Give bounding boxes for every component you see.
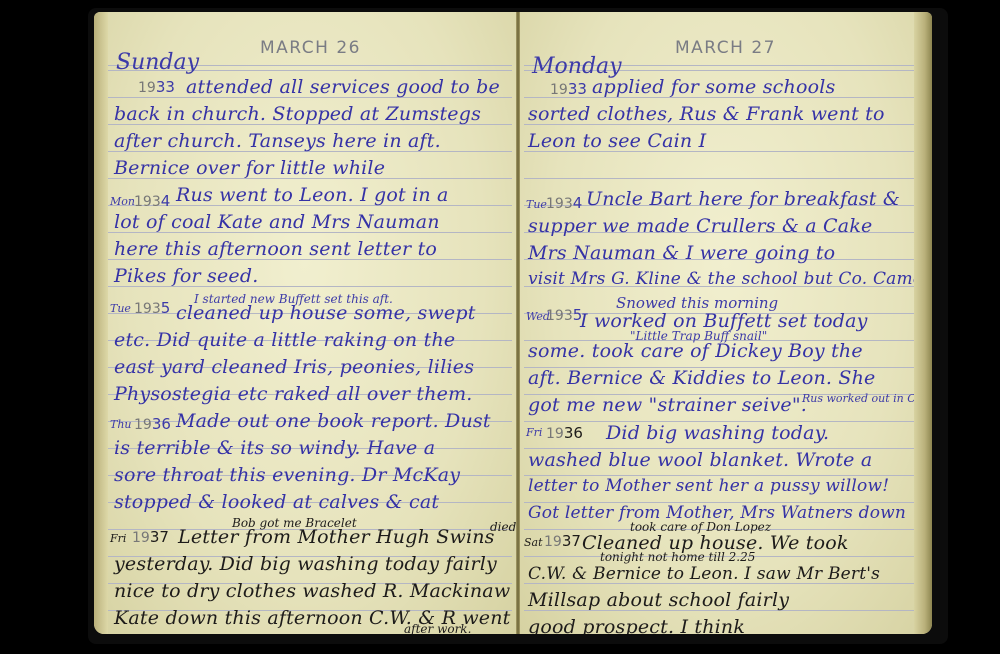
entry-weekday: Tue	[526, 198, 547, 211]
entry-year: 1936	[546, 424, 583, 442]
entry-line: after church. Tanseys here in aft.	[114, 130, 441, 152]
entry-year: 1936	[134, 415, 171, 433]
entry-line: Made out one book report. Dust	[176, 410, 491, 432]
entry-line: cleaned up house some, swept	[176, 302, 476, 324]
entry-line: yesterday. Did big washing today fairly	[114, 553, 497, 575]
entry-line: is terrible & its so windy. Have a	[114, 437, 435, 459]
entry-line: aft. Bernice & Kiddies to Leon. She	[528, 367, 876, 389]
entry-year: 1935	[134, 299, 170, 317]
entry-line: applied for some schools	[592, 76, 835, 98]
diary-book: MARCH 26 Sunday 1933 attended all servic…	[88, 8, 948, 644]
entry-weekday: Tue	[110, 302, 131, 315]
entry-weekday: Sat	[524, 536, 543, 549]
entry-line: Leon to see Cain I	[528, 130, 706, 152]
date-header: MARCH 26	[260, 38, 361, 58]
entry-line: supper we made Crullers & a Cake	[528, 215, 873, 237]
entry-line: Millsap about school fairly	[528, 589, 789, 611]
entry-year: 1935	[546, 306, 582, 324]
entry-line: nice to dry clothes washed R. Mackinaw	[114, 580, 510, 602]
entry-line: got me new "strainer seive".	[528, 394, 807, 416]
entry-line: Rus went to Leon. I got in a	[176, 184, 449, 206]
day-name: Sunday	[116, 50, 199, 75]
entry-weekday: Thu	[110, 418, 132, 431]
entry-year: 1934	[134, 192, 170, 210]
entry-line: lot of coal Kate and Mrs Nauman	[114, 211, 440, 233]
rule-line	[524, 178, 914, 179]
entry-line: Letter from Mother Hugh Swins	[178, 526, 495, 548]
date-header: MARCH 27	[675, 38, 776, 58]
right-page: MARCH 27 Monday 1933 applied for some sc…	[520, 12, 932, 634]
margin-note: tonight not home till 2.25	[600, 550, 755, 564]
entry-line: Pikes for seed.	[114, 265, 258, 287]
entry-year: 1933	[138, 78, 175, 96]
entry-year: 1937	[132, 528, 169, 546]
entry-line: letter to Mother sent her a pussy willow…	[528, 476, 889, 496]
entry-line: east yard cleaned Iris, peonies, lilies	[114, 356, 474, 378]
entry-weekday: Fri	[526, 426, 542, 439]
entry-line: Physostegia etc raked all over them.	[114, 383, 473, 405]
entry-line: attended all services good to be	[186, 76, 500, 98]
left-page: MARCH 26 Sunday 1933 attended all servic…	[94, 12, 516, 634]
entry-line: Uncle Bart here for breakfast &	[586, 188, 900, 210]
entry-line: some. took care of Dickey Boy the	[528, 340, 863, 362]
entry-line: C.W. & Bernice to Leon. I saw Mr Bert's	[528, 564, 880, 584]
entry-year: 1937	[544, 532, 581, 550]
entry-weekday: Mon	[110, 195, 135, 208]
entry-weekday: Fri	[110, 532, 126, 545]
margin-note: after work.	[404, 622, 471, 634]
entry-line: back in church. Stopped at Zumstegs	[114, 103, 481, 125]
entry-line: Bernice over for little while	[114, 157, 385, 179]
entry-line: washed blue wool blanket. Wrote a	[528, 449, 872, 471]
entry-line: stopped & looked at calves & cat	[114, 491, 439, 513]
entry-line: Mrs Nauman & I were going to	[528, 242, 835, 264]
entry-line: etc. Did quite a little raking on the	[114, 329, 455, 351]
entry-line: good prospect. I think	[528, 616, 745, 634]
entry-line: visit Mrs G. Kline & the school but Co. …	[528, 269, 923, 289]
entry-line: sorted clothes, Rus & Frank went to	[528, 103, 885, 125]
entry-year: 1933	[550, 80, 587, 98]
margin-note: Rus worked out in Country	[802, 392, 932, 405]
entry-line: here this afternoon sent letter to	[114, 238, 437, 260]
entry-line: sore throat this evening. Dr McKay	[114, 464, 460, 486]
entry-year: 1934	[546, 194, 582, 212]
entry-line: Did big washing today.	[606, 422, 829, 444]
